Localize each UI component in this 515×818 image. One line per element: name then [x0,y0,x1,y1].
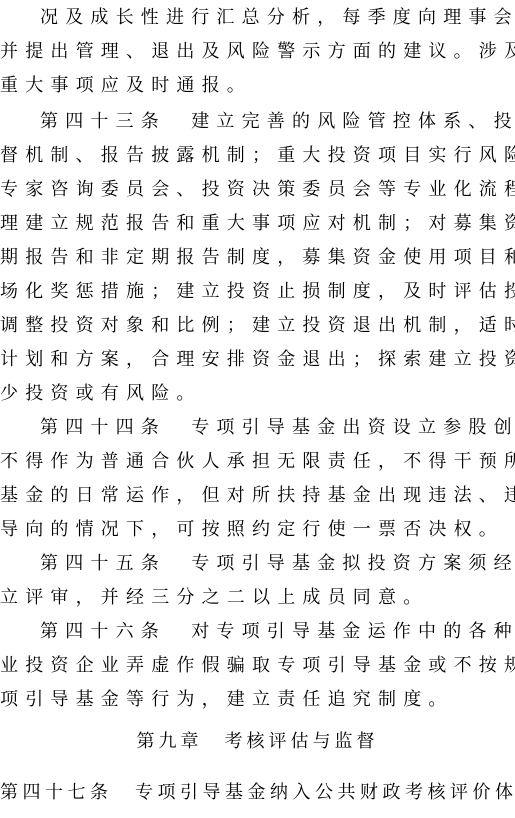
chapter-heading: 第九章 考核评估与监督 [0,725,515,759]
text-line: 不得作为普通合伙人承担无限责任，不得干预所扶持创业投资 [0,445,515,479]
text-line: 场化奖惩措施；建立投资止损制度，及时评估投资收益，视情 [0,275,515,309]
article-44-line: 第四十四条 专项引导基金出资设立参股创业投资基金时 [40,411,515,445]
text-line: 立评审，并经三分之二以上成员同意。 [0,581,428,615]
text-line: 调整投资对象和比例；建立投资退出机制，适时提出投资退出 [0,309,515,343]
text-line: 导向的情况下，可按照约定行使一票否决权。 [0,513,504,547]
text-line: 期报告和非定期报告制度，募集资金使用项目和企业应建立市 [0,241,515,275]
text-line: 理建立规范报告和重大事项应对机制；对募集资金使用形成定 [0,207,515,241]
article-47-line: 第四十七条 专项引导基金纳入公共财政考核评价体系。 [0,776,515,810]
text-line: 计划和方案，合理安排资金退出；探索建立投资保险机制，减 [0,343,515,377]
text-line: 重大事项应及时通报。 [0,69,252,103]
text-line: 督机制、报告披露机制；重大投资项目实行风险控制委员会、 [0,139,515,173]
article-43-line: 第四十三条 建立完善的风险管控体系、投资决策程序监 [40,105,515,139]
text-line: 业投资企业弄虚作假骗取专项引导基金或不按规定用途使用专 [0,649,515,683]
article-45-line: 第四十五条 专项引导基金拟投资方案须经评审委员会独 [40,547,515,581]
text-line: 项引导基金等行为，建立责任追究制度。 [0,683,454,717]
text-line: 专家咨询委员会、投资决策委员会等专业化流程管理；投后管 [0,173,515,207]
text-line: 况及成长性进行汇总分析，每季度向理事会提交分析报告， [40,1,515,35]
text-line: 并提出管理、退出及风险警示方面的建议。涉及子基金运作的 [0,35,515,69]
text-line: 少投资或有风险。 [0,377,202,411]
article-46-line: 第四十六条 对专项引导基金运作中的各种违规行为和创 [40,615,515,649]
text-line: 基金的日常运作，但对所扶持基金出现违法、违规和偏离政策 [0,479,515,513]
